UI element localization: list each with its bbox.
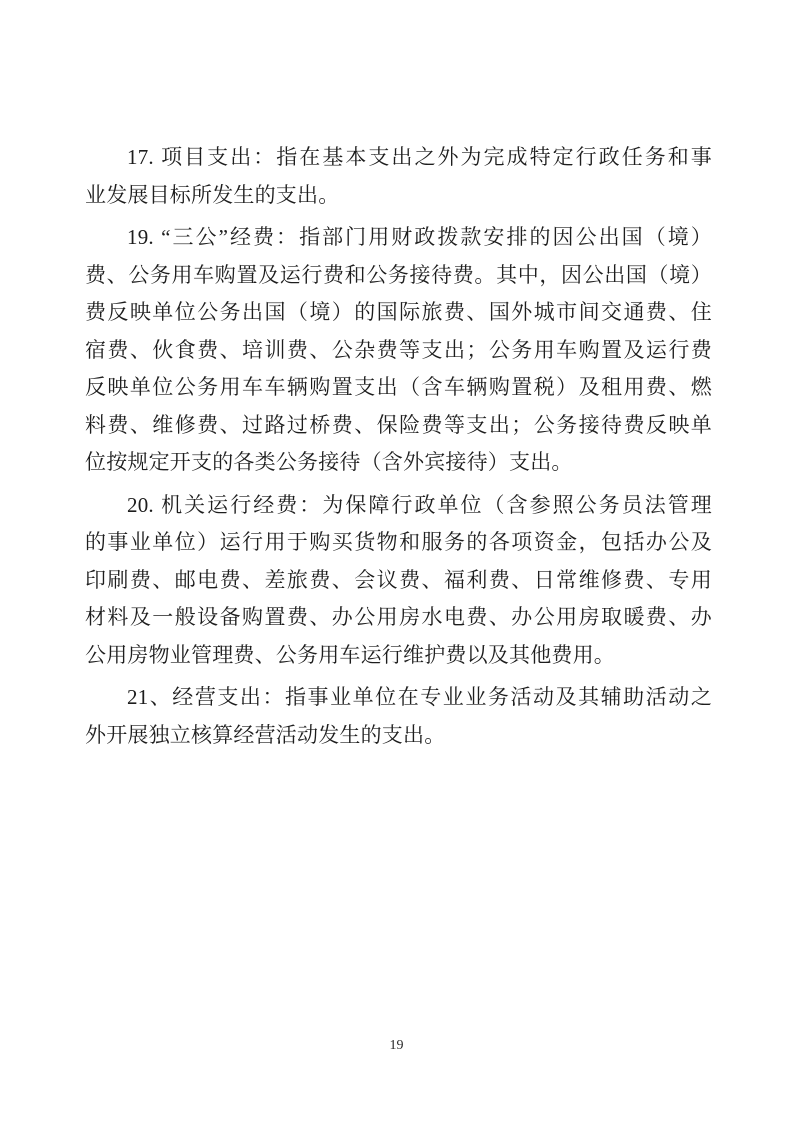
paragraph-item-17: 17. 项目支出：指在基本支出之外为完成特定行政任务和事业发展目标所发生的支出。 <box>85 139 712 214</box>
document-page: 17. 项目支出：指在基本支出之外为完成特定行政任务和事业发展目标所发生的支出。… <box>0 0 793 1122</box>
text-line: 费反映单位公务出国（境）的国际旅费、国外城市间交通费、住 <box>85 294 712 332</box>
page-number: 19 <box>390 1038 404 1053</box>
paragraph-item-20: 20. 机关运行经费：为保障行政单位（含参照公务员法管理的事业单位）运行用于购买… <box>85 487 712 675</box>
text-line: 印刷费、邮电费、差旅费、会议费、福利费、日常维修费、专用 <box>85 562 712 600</box>
text-line: 19. “三公”经费：指部门用财政拨款安排的因公出国（境） <box>85 219 712 257</box>
text-line: 宿费、伙食费、培训费、公杂费等支出；公务用车购置及运行费 <box>85 332 712 370</box>
page-footer: 19 <box>0 1036 793 1054</box>
text-line: 公用房物业管理费、公务用车运行维护费以及其他费用。 <box>85 637 712 675</box>
text-line: 外开展独立核算经营活动发生的支出。 <box>85 717 712 755</box>
text-line: 反映单位公务用车车辆购置支出（含车辆购置税）及租用费、燃 <box>85 369 712 407</box>
text-line: 材料及一般设备购置费、办公用房水电费、办公用房取暖费、办 <box>85 599 712 637</box>
text-line: 17. 项目支出：指在基本支出之外为完成特定行政任务和事 <box>85 139 712 177</box>
paragraph-item-19: 19. “三公”经费：指部门用财政拨款安排的因公出国（境）费、公务用车购置及运行… <box>85 219 712 482</box>
text-line: 费、公务用车购置及运行费和公务接待费。其中，因公出国（境） <box>85 257 712 295</box>
text-line: 20. 机关运行经费：为保障行政单位（含参照公务员法管理 <box>85 487 712 525</box>
text-line: 位按规定开支的各类公务接待（含外宾接待）支出。 <box>85 444 712 482</box>
text-line: 料费、维修费、过路过桥费、保险费等支出；公务接待费反映单 <box>85 407 712 445</box>
text-line: 的事业单位）运行用于购买货物和服务的各项资金，包括办公及 <box>85 524 712 562</box>
text-line: 业发展目标所发生的支出。 <box>85 177 712 215</box>
text-block: 17. 项目支出：指在基本支出之外为完成特定行政任务和事业发展目标所发生的支出。… <box>85 139 712 754</box>
text-line: 21、经营支出：指事业单位在专业业务活动及其辅助活动之 <box>85 679 712 717</box>
paragraph-item-21: 21、经营支出：指事业单位在专业业务活动及其辅助活动之外开展独立核算经营活动发生… <box>85 679 712 754</box>
